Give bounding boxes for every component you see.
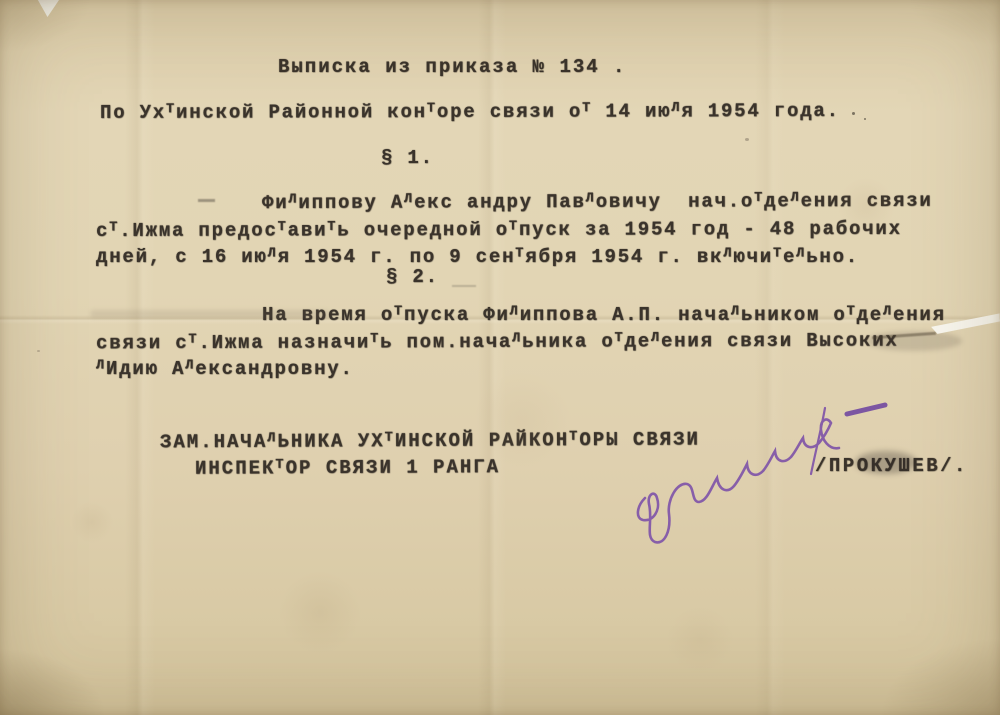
torn-corner-top-left bbox=[35, 0, 59, 17]
ink-speck bbox=[37, 350, 40, 352]
section-1-heading: § 1. bbox=[381, 147, 434, 169]
section-2-line: связи сТ.Ижма назначиТь пом.начаЛьника о… bbox=[96, 330, 899, 355]
pencil-dash-mark bbox=[198, 199, 215, 202]
document-subtitle: По УхТинской Районной конТоре связи оТ 1… bbox=[100, 100, 840, 124]
section-1-line: дней, с 16 июЛя 1954 г. по 9 сенТября 19… bbox=[96, 246, 859, 268]
section-2-line: ЛИдию АЛександровну. bbox=[96, 358, 354, 380]
ink-speck bbox=[745, 138, 749, 141]
ink-speck bbox=[852, 112, 855, 115]
document-title: Выписка из приказа № 134 . bbox=[278, 56, 626, 78]
section-2-line: На время оТпуска ФиЛиппова А.П. начаЛьни… bbox=[262, 304, 946, 326]
section-1-line: ФиЛиппову АЛекс андру ПавЛовичу нач.оТде… bbox=[262, 190, 933, 214]
signature-title-line-2: ИНСПЕКТОР СВЯЗИ 1 РАНГА bbox=[195, 456, 500, 480]
paper-sheet: Выписка из приказа № 134 . По УхТинской … bbox=[0, 0, 1000, 715]
section-2-heading: § 2. bbox=[386, 266, 439, 288]
ink-speck bbox=[864, 118, 866, 120]
section-1-line: сТ.Ижма предосТавиТь очередной оТпуск за… bbox=[96, 218, 902, 242]
handwritten-signature-ink bbox=[615, 378, 895, 548]
pencil-dash-mark bbox=[452, 285, 476, 287]
